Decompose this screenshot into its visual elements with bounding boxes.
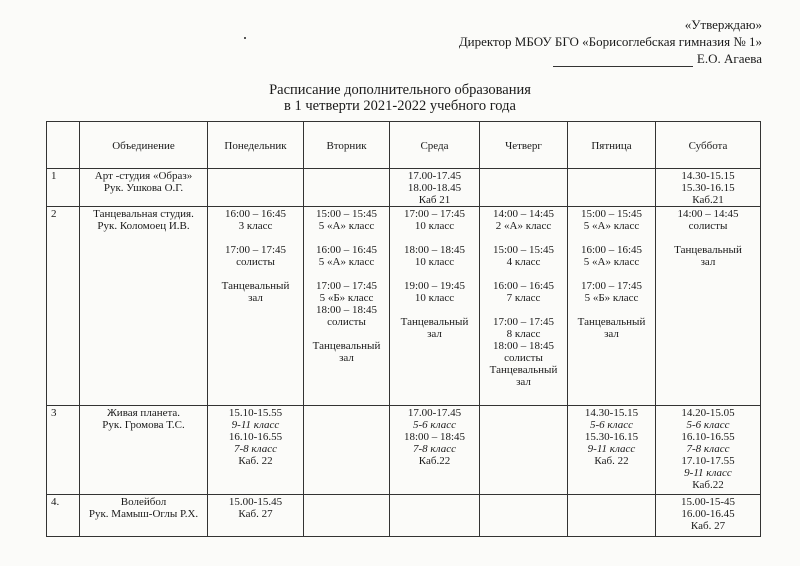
title-line-2: в 1 четверти 2021-2022 учебного года [0,98,800,114]
approval-line-1: «Утверждаю» [459,16,762,33]
row-number: 4. [47,495,80,537]
spacer [210,268,301,280]
schedule-cell-wednesday: 17:00 – 17:4510 класс18:00 – 18:4510 кла… [390,207,480,406]
cell-text: 15.00-15.45 [210,496,301,508]
schedule-cell-monday: 16:00 – 16:453 класс17:00 – 17:45солисты… [208,207,304,406]
cell-text: Каб.21 [658,194,758,206]
cell-text: 15:00 – 15:45 [482,244,565,256]
association-cell: Арт -студия «Образ»Рук. Ушкова О.Г. [80,169,208,207]
cell-text: 15.30-16.15 [658,182,758,194]
schedule-cell-monday [208,169,304,207]
schedule-table: Объединение Понедельник Вторник Среда Че… [46,121,761,537]
cell-text: Каб 21 [392,194,477,206]
row-number: 1 [47,169,80,207]
spacer [306,268,387,280]
cell-text: 14:00 – 14:45 [482,208,565,220]
cell-text: 17.00-17.45 [392,170,477,182]
cell-text: 15.00-15-45 [658,496,758,508]
header-monday: Понедельник [208,122,304,169]
cell-text: 18:00 – 18:45 [306,304,387,316]
schedule-cell-thursday [480,169,568,207]
cell-text: 18:00 – 18:45 [392,244,477,256]
cell-text: Каб.22 [392,455,477,467]
cell-text: Танцевальный [570,316,653,328]
spacer [392,268,477,280]
cell-text: 16:00 – 16:45 [482,280,565,292]
header-wednesday: Среда [390,122,480,169]
cell-text: 17:00 – 17:45 [392,208,477,220]
cell-text: 14.30-15.15 [658,170,758,182]
row-number: 3 [47,406,80,495]
header-tuesday: Вторник [304,122,390,169]
cell-text: Рук. Коломоец И.В. [82,220,205,232]
cell-text: 10 класс [392,220,477,232]
cell-text: 15:00 – 15:45 [570,208,653,220]
cell-text: Танцевальный [658,244,758,256]
cell-text: Танцевальная студия. [82,208,205,220]
cell-text: солисты [210,256,301,268]
cell-text: 17:00 – 17:45 [482,316,565,328]
schedule-cell-saturday: 14.20-15.055-6 класс16.10-16.557-8 класс… [656,406,761,495]
spacer [570,232,653,244]
spacer [392,232,477,244]
cell-text: 5 «Б» класс [306,292,387,304]
cell-text: Танцевальный [306,340,387,352]
cell-text: солисты [482,352,565,364]
spacer [306,328,387,340]
header-thursday: Четверг [480,122,568,169]
director-name: Е.О. Агаева [697,50,762,67]
cell-text: 5 «А» класс [306,256,387,268]
schedule-cell-wednesday [390,495,480,537]
schedule-cell-monday: 15.00-15.45Каб. 27 [208,495,304,537]
spacer [210,232,301,244]
header-friday: Пятница [568,122,656,169]
row-number: 2 [47,207,80,406]
schedule-cell-friday: 15:00 – 15:455 «А» класс16:00 – 16:455 «… [568,207,656,406]
cell-text: 16:00 – 16:45 [306,244,387,256]
cell-text: Каб. 22 [570,455,653,467]
schedule-cell-thursday [480,406,568,495]
header-num [47,122,80,169]
header-row: Объединение Понедельник Вторник Среда Че… [47,122,761,169]
signature-line [553,54,693,67]
schedule-cell-friday: 14.30-15.155-6 класс15.30-16.159-11 клас… [568,406,656,495]
schedule-cell-friday [568,169,656,207]
association-cell: Живая планета.Рук. Громова Т.С. [80,406,208,495]
cell-text: Танцевальный [392,316,477,328]
cell-text: Каб. 22 [210,455,301,467]
association-cell: Танцевальная студия.Рук. Коломоец И.В. [80,207,208,406]
header-association: Объединение [80,122,208,169]
schedule-cell-saturday: 15.00-15-4516.00-16.45Каб. 27 [656,495,761,537]
spacer [658,232,758,244]
cell-text: 10 класс [392,256,477,268]
cell-text: 15:00 – 15:45 [306,208,387,220]
class-group: 5-6 класс [658,419,758,431]
cell-text: зал [482,376,565,388]
schedule-cell-wednesday: 17.00-17.4518.00-18.45Каб 21 [390,169,480,207]
cell-text: 7 класс [482,292,565,304]
cell-text: зал [570,328,653,340]
class-group: 9-11 класс [658,467,758,479]
table-row: 4.ВолейболРук. Мамыш-Оглы Р.Х.15.00-15.4… [47,495,761,537]
schedule-cell-tuesday [304,406,390,495]
schedule-cell-thursday: 14:00 – 14:452 «А» класс15:00 – 15:454 к… [480,207,568,406]
spacer [482,304,565,316]
cell-text: Рук. Мамыш-Оглы Р.Х. [82,508,205,520]
spacer [306,232,387,244]
schedule-body: 1Арт -студия «Образ»Рук. Ушкова О.Г.17.0… [47,169,761,537]
cell-text: 14.30-15.15 [570,407,653,419]
cell-text: 18.00-18.45 [392,182,477,194]
cell-text: 3 класс [210,220,301,232]
document-title: Расписание дополнительного образования в… [0,82,800,114]
cell-text: 16.00-16.45 [658,508,758,520]
scan-speck [244,37,246,39]
table-row: 2Танцевальная студия.Рук. Коломоец И.В.1… [47,207,761,406]
cell-text: 18:00 – 18:45 [482,340,565,352]
cell-text: 17:00 – 17:45 [306,280,387,292]
approval-line-2: Директор МБОУ БГО «Борисоглебская гимназ… [459,33,762,50]
cell-text: 17.10-17.55 [658,455,758,467]
cell-text: 19:00 – 19:45 [392,280,477,292]
cell-text: Арт -студия «Образ» [82,170,205,182]
spacer [482,232,565,244]
cell-text: солисты [306,316,387,328]
cell-text: 5 «А» класс [570,220,653,232]
cell-text: 2 «А» класс [482,220,565,232]
class-group: 5-6 класс [570,419,653,431]
cell-text: Живая планета. [82,407,205,419]
spacer [570,268,653,280]
class-group: 5-6 класс [392,419,477,431]
schedule-cell-tuesday [304,169,390,207]
schedule-cell-thursday [480,495,568,537]
spacer [392,304,477,316]
cell-text: Танцевальный [482,364,565,376]
spacer [482,268,565,280]
schedule-cell-monday: 15.10-15.559-11 класс16.10-16.557-8 клас… [208,406,304,495]
table-row: 1Арт -студия «Образ»Рук. Ушкова О.Г.17.0… [47,169,761,207]
cell-text: Рук. Ушкова О.Г. [82,182,205,194]
cell-text: 17:00 – 17:45 [210,244,301,256]
schedule-cell-saturday: 14:00 – 14:45солистыТанцевальныйзал [656,207,761,406]
cell-text: 16.10-16.55 [658,431,758,443]
cell-text: 10 класс [392,292,477,304]
cell-text: 15.30-16.15 [570,431,653,443]
cell-text: зал [392,328,477,340]
cell-text: Каб. 27 [658,520,758,532]
cell-text: Танцевальный [210,280,301,292]
table-row: 3Живая планета.Рук. Громова Т.С.15.10-15… [47,406,761,495]
class-group: 7-8 класс [392,443,477,455]
association-cell: ВолейболРук. Мамыш-Оглы Р.Х. [80,495,208,537]
class-group: 9-11 класс [570,443,653,455]
schedule-cell-tuesday: 15:00 – 15:455 «А» класс16:00 – 16:455 «… [304,207,390,406]
cell-text: зал [658,256,758,268]
schedule-cell-tuesday [304,495,390,537]
class-group: 7-8 класс [210,443,301,455]
cell-text: 5 «Б» класс [570,292,653,304]
cell-text: Каб.22 [658,479,758,491]
cell-text: 17:00 – 17:45 [570,280,653,292]
cell-text: 8 класс [482,328,565,340]
class-group: 9-11 класс [210,419,301,431]
cell-text: зал [210,292,301,304]
approval-block: «Утверждаю» Директор МБОУ БГО «Борисогле… [459,16,762,67]
cell-text: 16:00 – 16:45 [570,244,653,256]
cell-text: 16:00 – 16:45 [210,208,301,220]
cell-text: солисты [658,220,758,232]
cell-text: 4 класс [482,256,565,268]
schedule-cell-friday [568,495,656,537]
cell-text: 18:00 – 18:45 [392,431,477,443]
cell-text: 5 «А» класс [570,256,653,268]
cell-text: Каб. 27 [210,508,301,520]
cell-text: Волейбол [82,496,205,508]
cell-text: 14:00 – 14:45 [658,208,758,220]
cell-text: 16.10-16.55 [210,431,301,443]
cell-text: 17.00-17.45 [392,407,477,419]
schedule-cell-saturday: 14.30-15.1515.30-16.15Каб.21 [656,169,761,207]
cell-text: зал [306,352,387,364]
title-line-1: Расписание дополнительного образования [0,82,800,98]
header-saturday: Суббота [656,122,761,169]
cell-text: Рук. Громова Т.С. [82,419,205,431]
spacer [570,304,653,316]
cell-text: 5 «А» класс [306,220,387,232]
class-group: 7-8 класс [658,443,758,455]
cell-text: 15.10-15.55 [210,407,301,419]
cell-text: 14.20-15.05 [658,407,758,419]
schedule-cell-wednesday: 17.00-17.455-6 класс18:00 – 18:457-8 кла… [390,406,480,495]
